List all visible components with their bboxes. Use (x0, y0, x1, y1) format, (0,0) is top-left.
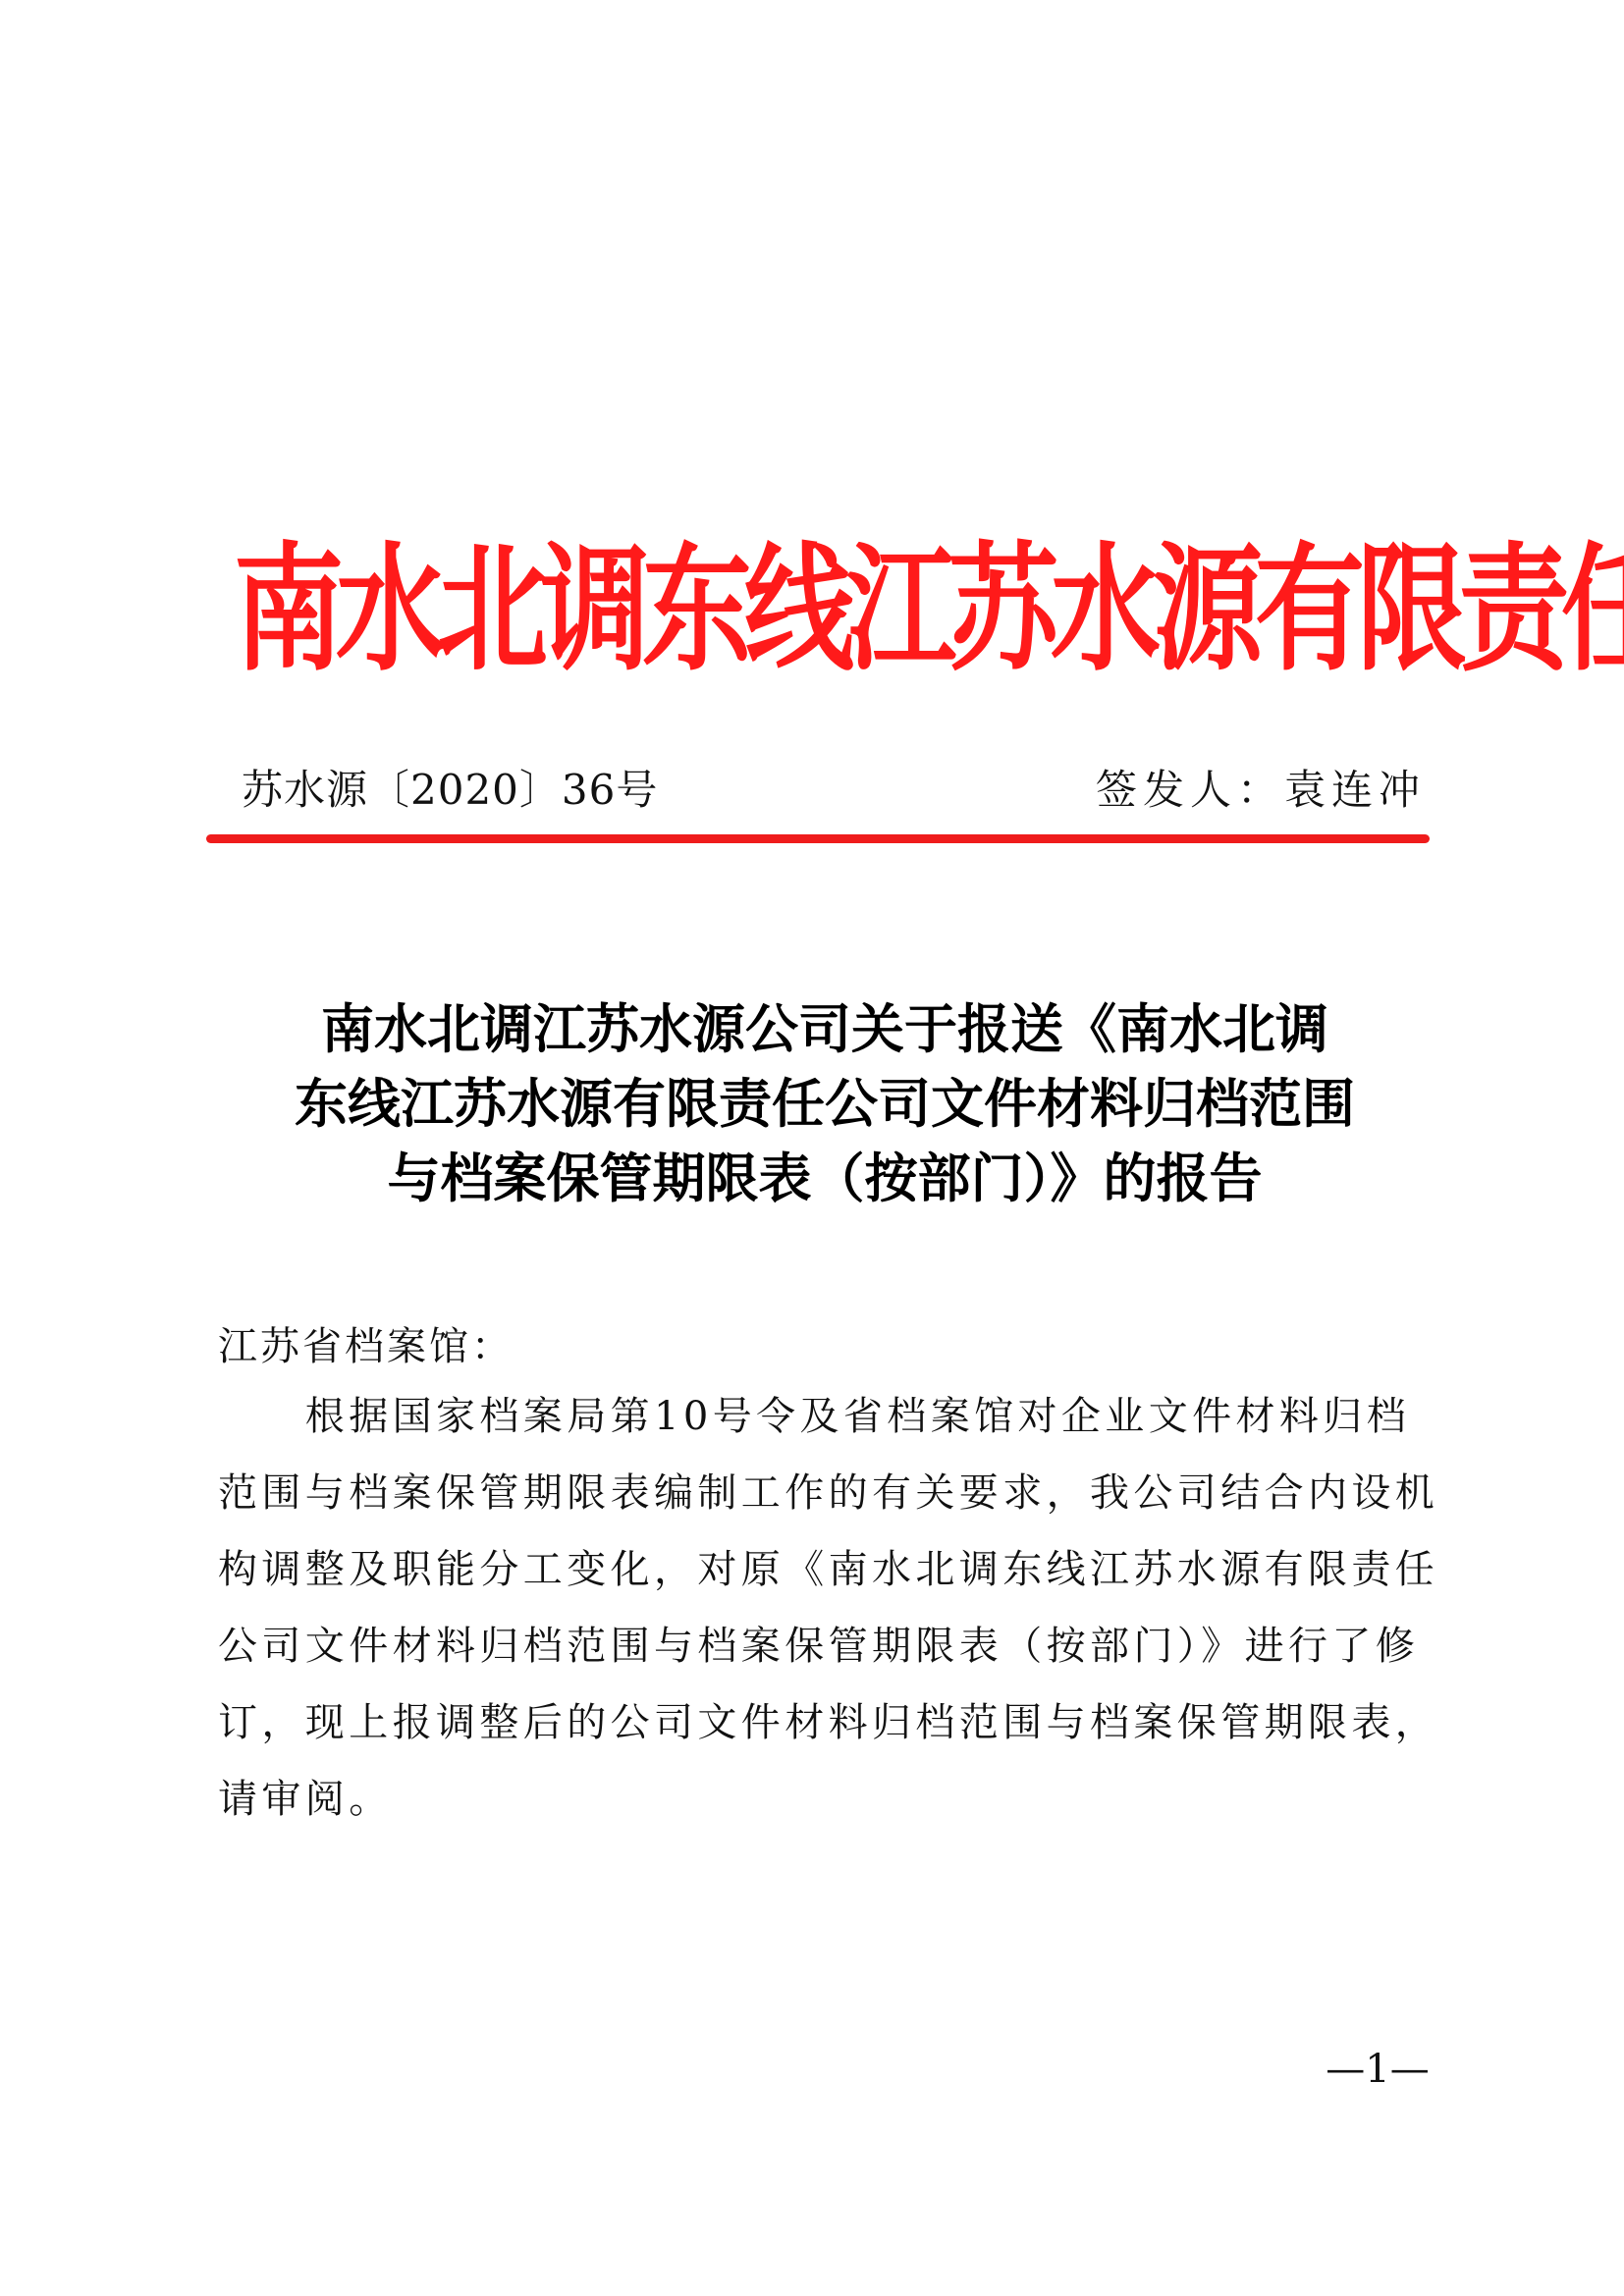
body-line: 根据国家档案局第10号令及省档案馆对企业文件材料归档 (218, 1378, 1435, 1455)
masthead-title: 南水北调东线江苏水源有限责任公司文件 (234, 518, 1428, 703)
page-number: —1— (1314, 2047, 1441, 2096)
document-number: 苏水源〔2020〕36号 (242, 761, 658, 820)
signer: 签发人：袁连冲 (1096, 761, 1426, 820)
title-line: 东线江苏水源有限责任公司文件材料归档范围 (216, 1066, 1434, 1141)
salutation: 江苏省档案馆： (218, 1315, 1435, 1378)
document-header-line: 苏水源〔2020〕36号 签发人：袁连冲 (236, 761, 1426, 820)
document-page: 南水北调东线江苏水源有限责任公司文件 苏水源〔2020〕36号 签发人：袁连冲 … (0, 0, 1624, 2296)
signer-name: 袁连冲 (1284, 766, 1426, 814)
body-line: 订，现上报调整后的公司文件材料归档范围与档案保管期限表， (218, 1684, 1435, 1761)
red-divider-rule (206, 834, 1430, 843)
body-paragraph: 根据国家档案局第10号令及省档案馆对企业文件材料归档 范围与档案保管期限表编制工… (218, 1378, 1435, 1838)
body-line: 请审阅。 (218, 1761, 1435, 1838)
body-line: 范围与档案保管期限表编制工作的有关要求，我公司结合内设机 (218, 1455, 1435, 1531)
title-line: 与档案保管期限表（按部门）》的报告 (216, 1141, 1434, 1215)
document-body: 江苏省档案馆： 根据国家档案局第10号令及省档案馆对企业文件材料归档 范围与档案… (218, 1315, 1435, 1838)
body-line: 构调整及职能分工变化，对原《南水北调东线江苏水源有限责任 (218, 1531, 1435, 1608)
body-line: 公司文件材料归档范围与档案保管期限表（按部门）》进行了修 (218, 1608, 1435, 1684)
signer-label: 签发人： (1096, 766, 1284, 814)
title-line: 南水北调江苏水源公司关于报送《南水北调 (216, 991, 1434, 1066)
document-title: 南水北调江苏水源公司关于报送《南水北调 东线江苏水源有限责任公司文件材料归档范围… (216, 991, 1434, 1215)
